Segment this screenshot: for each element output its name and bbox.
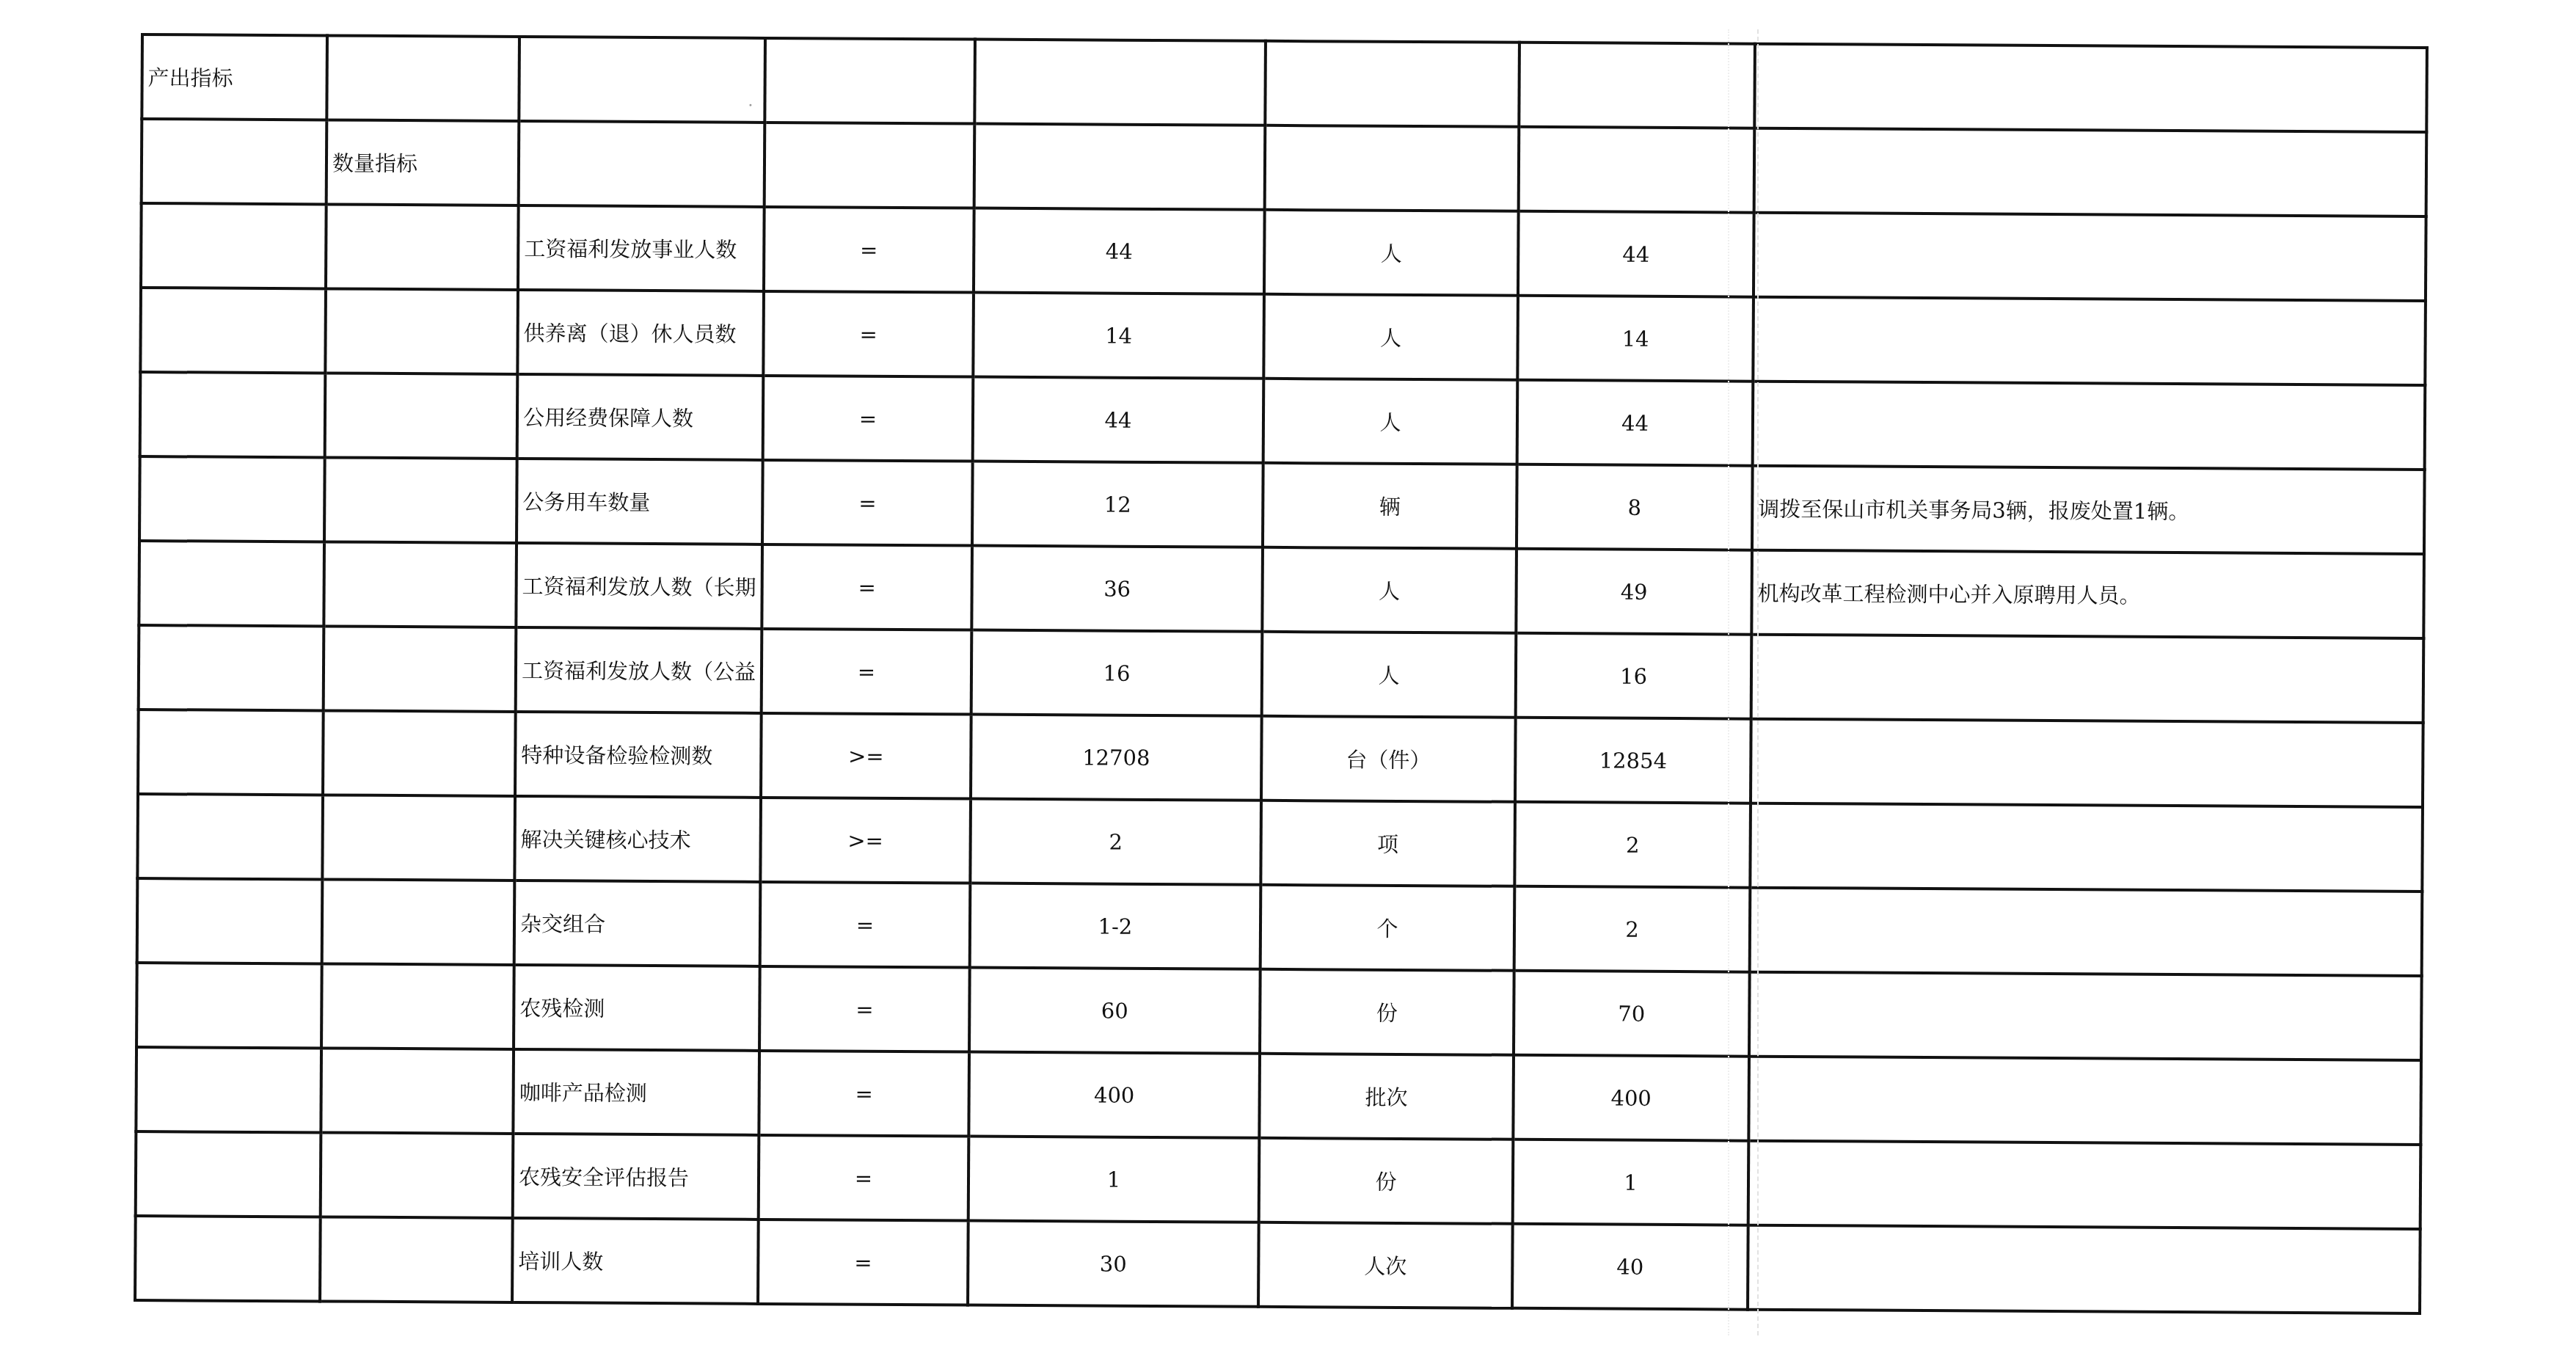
actual-value-cell: 49 <box>1516 549 1752 635</box>
actual-value-cell: 400 <box>1513 1055 1749 1141</box>
unit-cell: 份 <box>1259 1138 1514 1224</box>
indicator-name-cell: 杂交组合 <box>514 881 761 966</box>
actual-value-cell: 1 <box>1513 1140 1749 1225</box>
scan-speck <box>749 104 751 106</box>
note-cell <box>1750 803 2423 892</box>
operator-cell: >= <box>760 798 971 883</box>
note-cell: 调拨至保山市机关事务局3辆，报废处置1辆。 <box>1752 466 2425 554</box>
target-value-cell: 12708 <box>971 715 1262 801</box>
note-cell <box>1754 213 2426 301</box>
target-value-cell: 44 <box>973 377 1264 463</box>
indicator-name-cell: 公用经费保障人数 <box>517 374 764 460</box>
target-value-cell: 60 <box>969 968 1260 1054</box>
operator-cell: = <box>764 207 974 293</box>
target-value-cell: 1 <box>968 1137 1260 1222</box>
unit-cell: 项 <box>1260 801 1515 886</box>
actual-value-cell: 40 <box>1512 1224 1748 1310</box>
note-cell <box>1751 635 2424 723</box>
note-cell <box>1748 1225 2420 1313</box>
indicator-name-cell: 培训人数 <box>512 1218 759 1304</box>
operator-cell: = <box>763 291 974 377</box>
unit-cell: 辆 <box>1263 463 1517 549</box>
note-cell <box>1748 1057 2421 1145</box>
operator-cell: = <box>760 882 971 968</box>
operator-cell: >= <box>761 713 971 799</box>
note-cell <box>1749 972 2422 1060</box>
actual-value-cell: 16 <box>1516 633 1752 719</box>
actual-value-cell: 12854 <box>1515 718 1751 803</box>
indicator-name-cell: 工资福利发放人数（公益 <box>516 627 762 713</box>
indicator-name-cell: 农残检测 <box>514 965 760 1051</box>
actual-value-cell: 44 <box>1517 380 1754 466</box>
indicator-name-cell: 解决关键核心技术 <box>514 796 761 882</box>
table-row: 解决关键核心技术>=2项2 <box>137 794 2423 892</box>
target-value-cell: 2 <box>970 799 1261 885</box>
actual-value-cell: 8 <box>1517 464 1753 550</box>
target-value-cell: 36 <box>971 546 1263 632</box>
note-cell <box>1750 888 2423 976</box>
note-cell <box>1753 382 2426 470</box>
table-row: 咖啡产品检测=400批次400 <box>136 1047 2421 1145</box>
indicator-name-cell: 咖啡产品检测 <box>513 1049 759 1135</box>
table-row: 农残检测=60份70 <box>136 963 2422 1060</box>
table-row: 工资福利发放事业人数=44人44 <box>141 203 2426 301</box>
scanned-table-page: 产出指标 数量指标 工资福利发放事业人数=44人44供养离（退）休人员数=14人… <box>134 33 2429 1315</box>
unit-cell: 台（件） <box>1261 716 1516 802</box>
unit-cell: 人 <box>1263 294 1518 380</box>
actual-value-cell: 14 <box>1517 296 1754 382</box>
level1-indicator-cell: 产出指标 <box>142 34 327 120</box>
table-row: 工资福利发放人数（公益=16人16 <box>139 625 2424 723</box>
target-value-cell: 44 <box>974 208 1265 294</box>
table-row: 农残安全评估报告=1份1 <box>136 1131 2421 1229</box>
actual-value-cell: 2 <box>1514 886 1751 972</box>
indicator-name-cell: 工资福利发放人数（长期 <box>516 543 762 629</box>
table-row: 工资福利发放人数（长期=36人49机构改革工程检测中心并入原聘用人员。 <box>139 541 2424 638</box>
actual-value-cell: 44 <box>1518 211 1754 297</box>
table-row: 供养离（退）休人员数=14人14 <box>140 288 2426 385</box>
operator-cell: = <box>762 544 972 630</box>
target-value-cell: 12 <box>972 462 1263 547</box>
table-row: 培训人数=30人次40 <box>135 1216 2420 1313</box>
target-value-cell: 1-2 <box>970 883 1261 969</box>
actual-value-cell: 70 <box>1514 971 1750 1057</box>
indicator-name-cell: 公务用车数量 <box>517 459 763 544</box>
operator-cell: = <box>759 1135 969 1221</box>
unit-cell: 批次 <box>1259 1054 1514 1140</box>
unit-cell: 人次 <box>1258 1222 1513 1308</box>
note-cell <box>1753 297 2426 385</box>
indicator-name-cell: 供养离（退）休人员数 <box>517 290 764 376</box>
scan-fold-line <box>1728 29 1729 1335</box>
operator-cell: = <box>763 376 974 462</box>
unit-cell: 人 <box>1262 632 1517 718</box>
target-value-cell: 14 <box>973 293 1264 379</box>
operator-cell: = <box>762 460 973 546</box>
indicator-name-cell: 特种设备检验检测数 <box>515 712 762 798</box>
unit-cell: 个 <box>1260 885 1515 971</box>
operator-cell: = <box>758 1220 968 1305</box>
operator-cell: = <box>759 966 970 1052</box>
table-row-level2: 数量指标 <box>142 119 2427 216</box>
target-value-cell: 16 <box>971 630 1263 716</box>
unit-cell: 人 <box>1262 547 1517 633</box>
level2-indicator-cell: 数量指标 <box>326 120 519 205</box>
unit-cell: 份 <box>1260 969 1514 1055</box>
note-cell: 机构改革工程检测中心并入原聘用人员。 <box>1751 550 2424 638</box>
target-value-cell: 30 <box>968 1221 1259 1307</box>
unit-cell: 人 <box>1263 379 1518 464</box>
performance-indicator-table: 产出指标 数量指标 工资福利发放事业人数=44人44供养离（退）休人员数=14人… <box>134 33 2429 1315</box>
operator-cell: = <box>762 629 972 715</box>
indicator-name-cell: 工资福利发放事业人数 <box>518 205 765 291</box>
scan-fold-line <box>1757 29 1759 1335</box>
note-cell <box>1751 719 2423 807</box>
note-cell <box>1748 1141 2421 1229</box>
table-row-level1: 产出指标 <box>142 34 2427 132</box>
operator-cell: = <box>759 1051 969 1137</box>
indicator-name-cell: 农残安全评估报告 <box>513 1134 759 1220</box>
table-row: 特种设备检验检测数>=12708台（件）12854 <box>138 710 2423 807</box>
table-row: 公务用车数量=12辆8调拨至保山市机关事务局3辆，报废处置1辆。 <box>139 456 2425 554</box>
table-row: 公用经费保障人数=44人44 <box>140 372 2426 470</box>
unit-cell: 人 <box>1264 210 1519 296</box>
actual-value-cell: 2 <box>1514 802 1751 888</box>
target-value-cell: 400 <box>968 1052 1260 1138</box>
table-row: 杂交组合=1-2个2 <box>137 878 2423 976</box>
